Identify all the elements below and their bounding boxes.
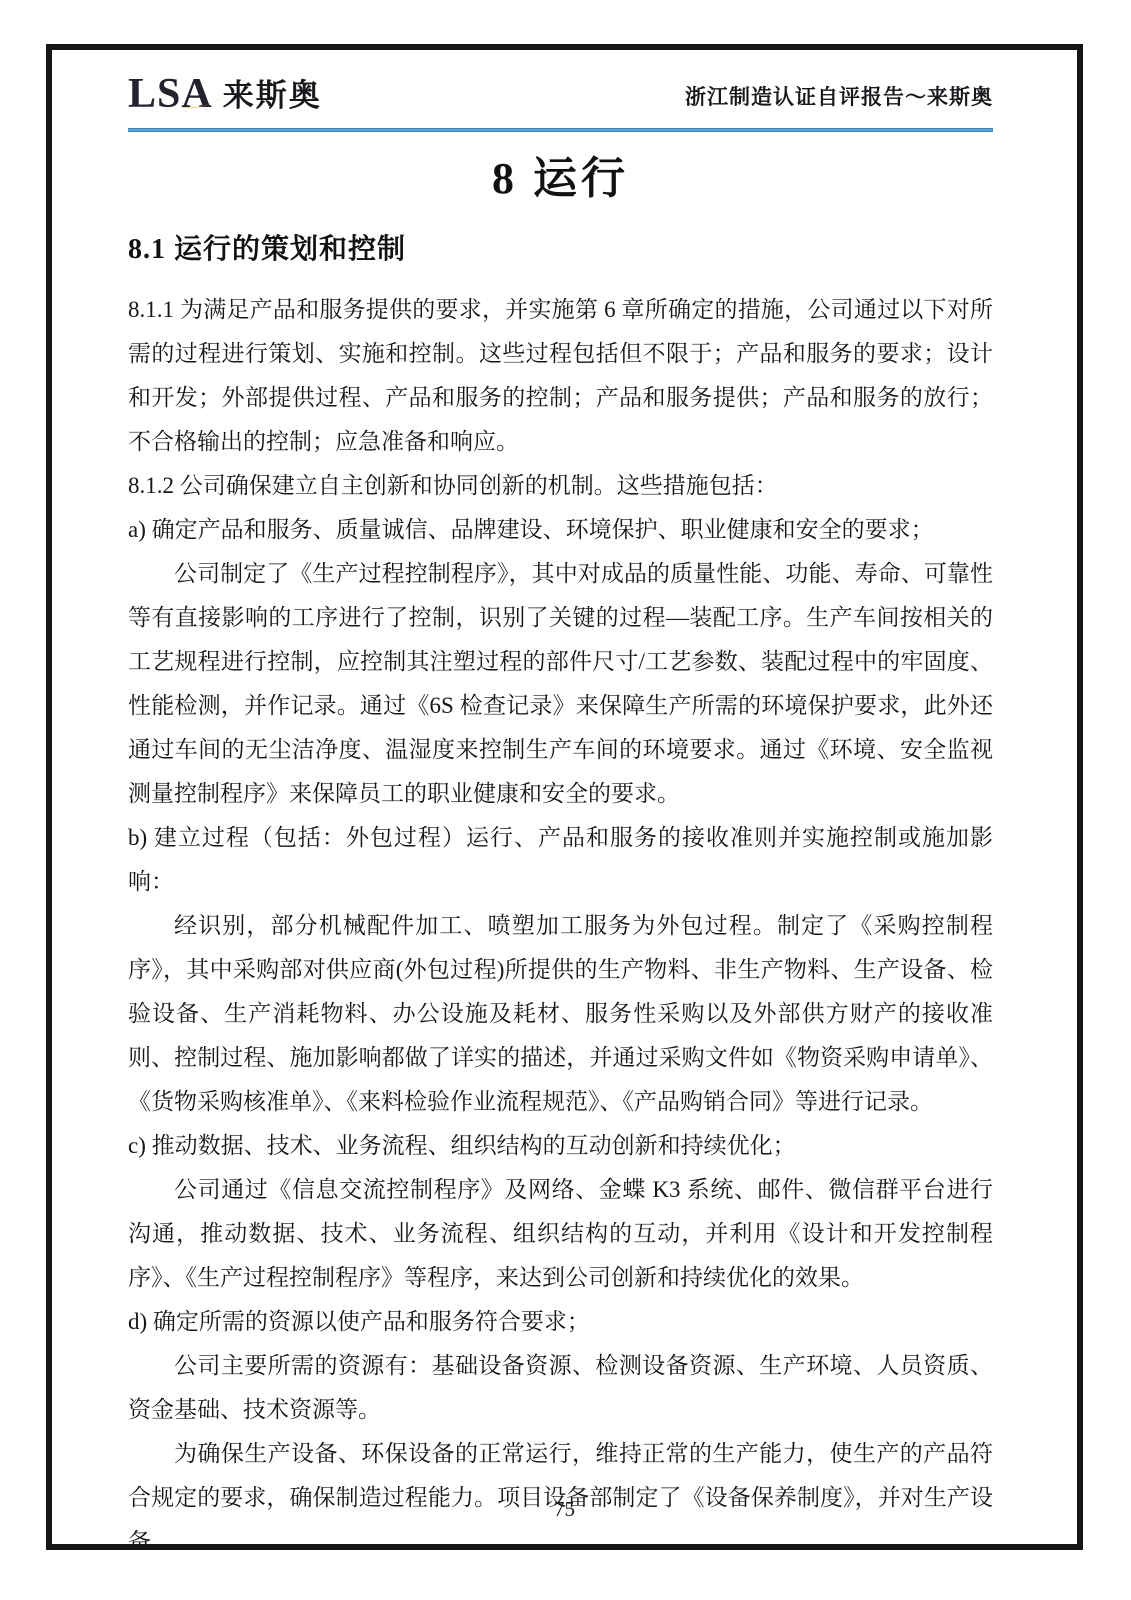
paragraph-item-a: a) 确定产品和服务、质量诚信、品牌建设、环境保护、职业健康和安全的要求； (128, 508, 993, 552)
chapter-title: 8 运行 (128, 150, 993, 208)
paragraph-item-a-body: 公司制定了《生产过程控制程序》，其中对成品的质量性能、功能、寿命、可靠性等有直接… (128, 552, 993, 816)
paragraph-item-c-body: 公司通过《信息交流控制程序》及网络、金蝶 K3 系统、邮件、微信群平台进行沟通，… (128, 1168, 993, 1300)
paragraph-item-b: b) 建立过程（包括：外包过程）运行、产品和服务的接收准则并实施控制或施加影响： (128, 816, 993, 904)
paragraph-item-d: d) 确定所需的资源以使产品和服务符合要求； (128, 1300, 993, 1344)
body-text: 8.1.1 为满足产品和服务提供的要求，并实施第 6 章所确定的措施，公司通过以… (128, 288, 993, 1550)
page-number: 75 (52, 1497, 1077, 1522)
report-page: LSA 来斯奥 浙江制造认证自评报告～来斯奥 8 运行 8.1 运行的策划和控制… (46, 44, 1083, 1550)
section-heading: 8.1 运行的策划和控制 (128, 232, 993, 268)
paragraph-item-c: c) 推动数据、技术、业务流程、组织结构的互动创新和持续优化； (128, 1124, 993, 1168)
page-header: LSA 来斯奥 浙江制造认证自评报告～来斯奥 (128, 66, 993, 114)
company-logo: LSA 来斯奥 (128, 74, 322, 114)
paragraph-item-d-body2: 为确保生产设备、环保设备的正常运行，维持正常的生产能力，使生产的产品符合规定的要… (128, 1432, 993, 1550)
page-content: LSA 来斯奥 浙江制造认证自评报告～来斯奥 8 运行 8.1 运行的策划和控制… (52, 66, 1077, 1550)
paragraph-item-b-body: 经识别，部分机械配件加工、喷塑加工服务为外包过程。制定了《采购控制程序》，其中采… (128, 904, 993, 1124)
paragraph-item-d-body1: 公司主要所需的资源有：基础设备资源、检测设备资源、生产环境、人员资质、资金基础、… (128, 1344, 993, 1432)
report-header-title: 浙江制造认证自评报告～来斯奥 (685, 82, 993, 114)
logo-lsa-letters: LSA (128, 71, 213, 117)
logo-cn-text: 来斯奥 (223, 78, 322, 114)
header-divider-rule (128, 128, 993, 132)
paragraph-8-1-2: 8.1.2 公司确保建立自主创新和协同创新的机制。这些措施包括： (128, 464, 993, 508)
logo-lsa-text: LSA (128, 74, 213, 114)
paragraph-8-1-1: 8.1.1 为满足产品和服务提供的要求，并实施第 6 章所确定的措施，公司通过以… (128, 288, 993, 464)
